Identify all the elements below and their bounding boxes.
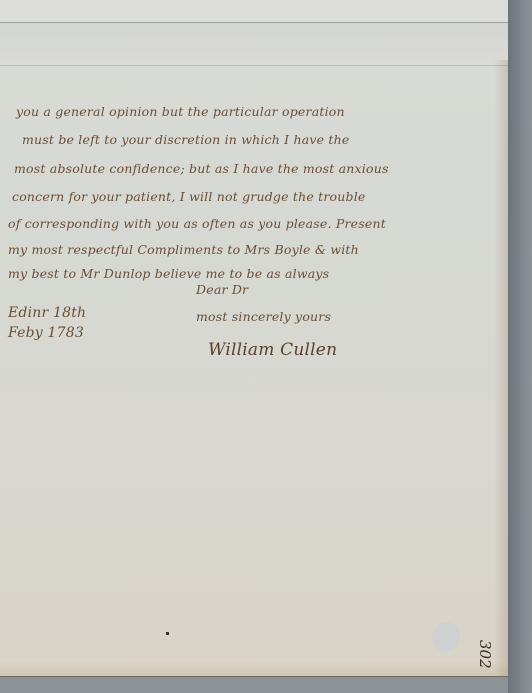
closing: most sincerely yours	[196, 309, 331, 324]
place-date-line-1: Edinr 18th	[8, 305, 86, 321]
body-line-7: my best to Mr Dunlop believe me to be as…	[8, 266, 329, 281]
manuscript-page: you a general opinion but the particular…	[0, 0, 508, 676]
body-line-5: of corresponding with you as often as yo…	[8, 216, 386, 231]
ink-speck	[166, 632, 169, 635]
body-line-3: most absolute confidence; but as I have …	[14, 161, 389, 176]
page-fold-top	[0, 0, 508, 23]
folio-number: 302	[476, 640, 494, 669]
page-fold-band	[0, 23, 508, 66]
salutation: Dear Dr	[196, 282, 248, 297]
body-line-4: concern for your patient, I will not gru…	[12, 189, 366, 204]
body-line-2: must be left to your discretion in which…	[22, 132, 350, 147]
place-date-line-2: Feby 1783	[8, 325, 84, 341]
signature: William Cullen	[208, 340, 337, 360]
body-line-6: my most respectful Compliments to Mrs Bo…	[8, 242, 359, 257]
page-bottom-edge	[0, 660, 508, 677]
scan-background	[508, 0, 532, 693]
body-line-1: you a general opinion but the particular…	[16, 104, 345, 119]
paper-stain	[432, 622, 460, 652]
